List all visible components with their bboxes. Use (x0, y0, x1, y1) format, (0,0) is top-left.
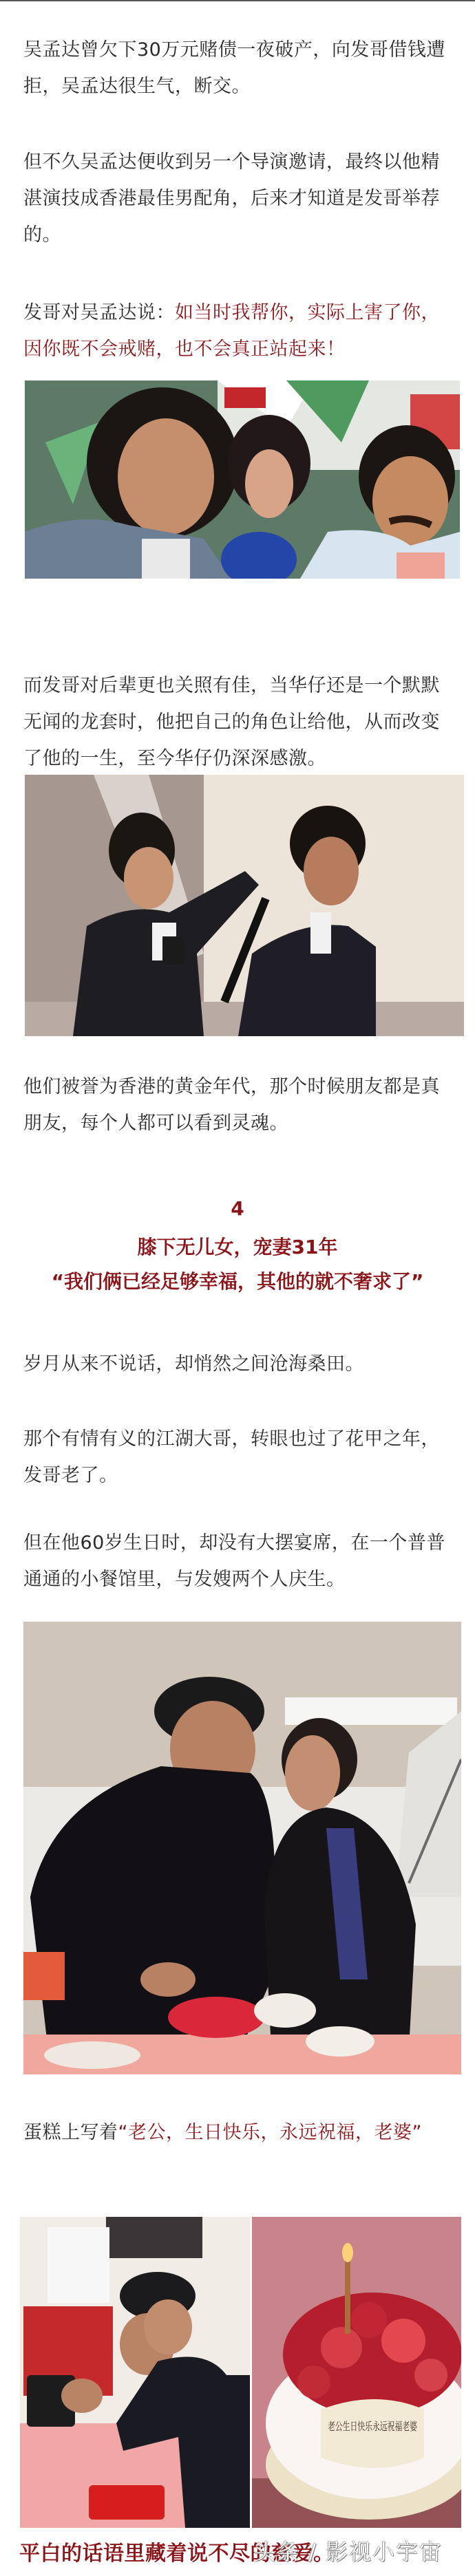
photo-birthday-cake: 老公生日快乐永远祝福老婆 (252, 2217, 461, 2528)
paragraph-8: 但在他60岁生日时，却没有大摆宴席，在一个普普通通的小餐馆里，与发嫂两个人庆生。 (23, 1525, 457, 1598)
paragraph-9: 蛋糕上写着“老公，生日快乐，永远祝福，老婆” (23, 2114, 457, 2151)
cake-message: 老公生日快乐永远祝福老婆 (328, 2420, 417, 2433)
paragraph-3: 发哥对吴孟达说：如当时我帮你，实际上害了你，因你既不会戒赌，也不会真正站起来！ (23, 294, 457, 367)
cake-cutting-image (23, 1622, 461, 2074)
photo-cake-cutting (23, 1622, 461, 2074)
birthday-cake-image: 老公生日快乐永远祝福老婆 (252, 2217, 461, 2528)
section-subtitle: “我们俩已经足够幸福，其他的就不奢求了” (0, 1268, 475, 1296)
paragraph-4: 而发哥对后辈更也关照有佳，当华仔还是一个默默无闻的龙套时，他把自己的角色让给他，… (23, 667, 457, 777)
photo-selfie (20, 2217, 250, 2528)
top-border (0, 0, 475, 1)
paragraph-5: 他们被誉为香港的黄金年代，那个时候朋友都是真朋友，每个人都可以看到灵魂。 (23, 1069, 457, 1141)
cake-quote: “老公，生日快乐，永远祝福，老婆” (118, 2122, 422, 2143)
paragraph-6: 岁月从来不说话，却悄然之间沧海桑田。 (23, 1346, 457, 1382)
cake-intro: 蛋糕上写着 (23, 2122, 118, 2143)
selfie-image (20, 2217, 250, 2528)
section-title: 膝下无儿女，宠妻31年 (0, 1234, 475, 1261)
paragraph-2: 但不久吴孟达便收到另一个导演邀请，最终以他精湛演技成香港最佳男配角，后来才知道是… (23, 144, 457, 253)
paragraph-1: 吴孟达曾欠下30万元赌债一夜破产，向发哥借钱遭拒，吴孟达很生气，断交。 (23, 32, 457, 105)
section-number: 4 (0, 1195, 475, 1223)
photo-film-still (25, 380, 460, 579)
stage-image (25, 775, 464, 1036)
paragraph-7: 那个有情有义的江湖大哥，转眼也过了花甲之年，发哥老了。 (23, 1421, 457, 1494)
quote-speaker: 发哥对吴孟达说： (23, 302, 175, 323)
photo-stage (25, 775, 464, 1036)
watermark: 头条 / 影视小宇宙 (253, 2535, 443, 2566)
film-still-image (25, 380, 460, 579)
